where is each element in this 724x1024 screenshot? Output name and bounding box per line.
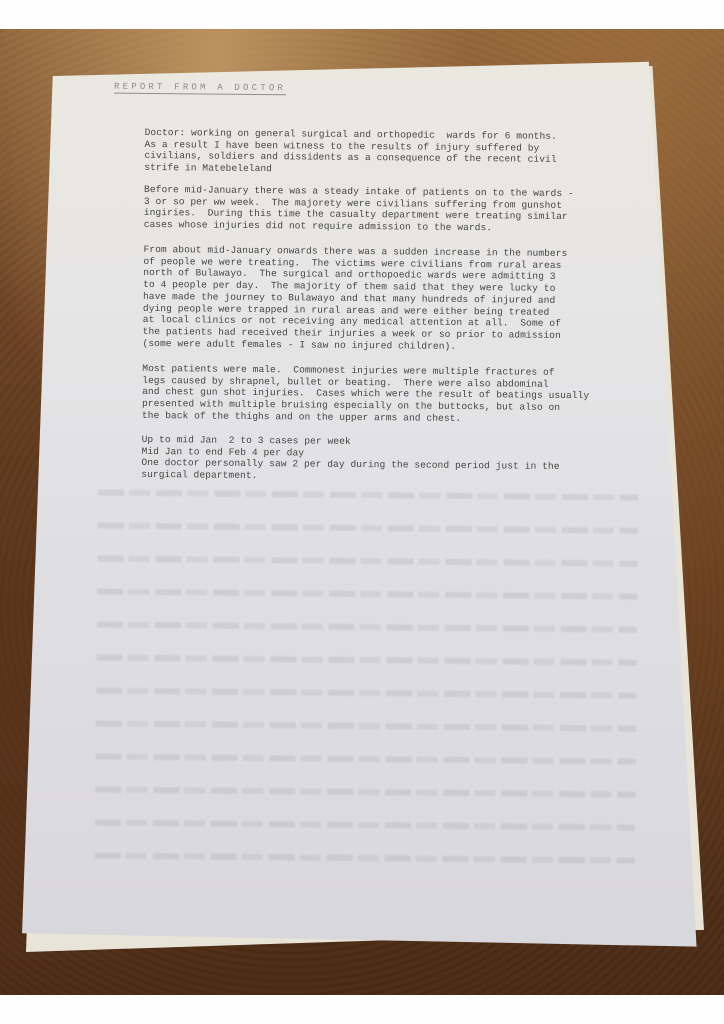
paragraph-after-mid-january: From about mid-January onwards there was…	[143, 244, 568, 353]
ghost-line	[98, 489, 638, 500]
ghost-line	[98, 522, 638, 533]
paragraph-intro: Doctor: working on general surgical and …	[144, 127, 557, 178]
ghost-line	[95, 852, 635, 863]
show-through-text	[94, 489, 638, 890]
ghost-line	[96, 753, 636, 764]
ghost-line	[96, 720, 636, 731]
paragraph-before-mid-january: Before mid-January there was a steady in…	[144, 184, 574, 235]
paragraph-injuries: Most patients were male. Commonest injur…	[142, 363, 590, 426]
bottom-white-band	[0, 995, 724, 1024]
ghost-line	[97, 555, 637, 566]
ghost-line	[95, 819, 635, 830]
ghost-line	[95, 786, 635, 797]
ghost-line	[97, 654, 637, 665]
ghost-line	[97, 588, 637, 599]
ghost-line	[97, 621, 637, 632]
document-heading: Report from a Doctor	[114, 82, 286, 96]
document-content: Report from a Doctor Doctor: working on …	[0, 0, 724, 1024]
ghost-line	[96, 687, 636, 698]
paragraph-case-counts: Up to mid Jan 2 to 3 cases per week Mid …	[141, 434, 560, 485]
